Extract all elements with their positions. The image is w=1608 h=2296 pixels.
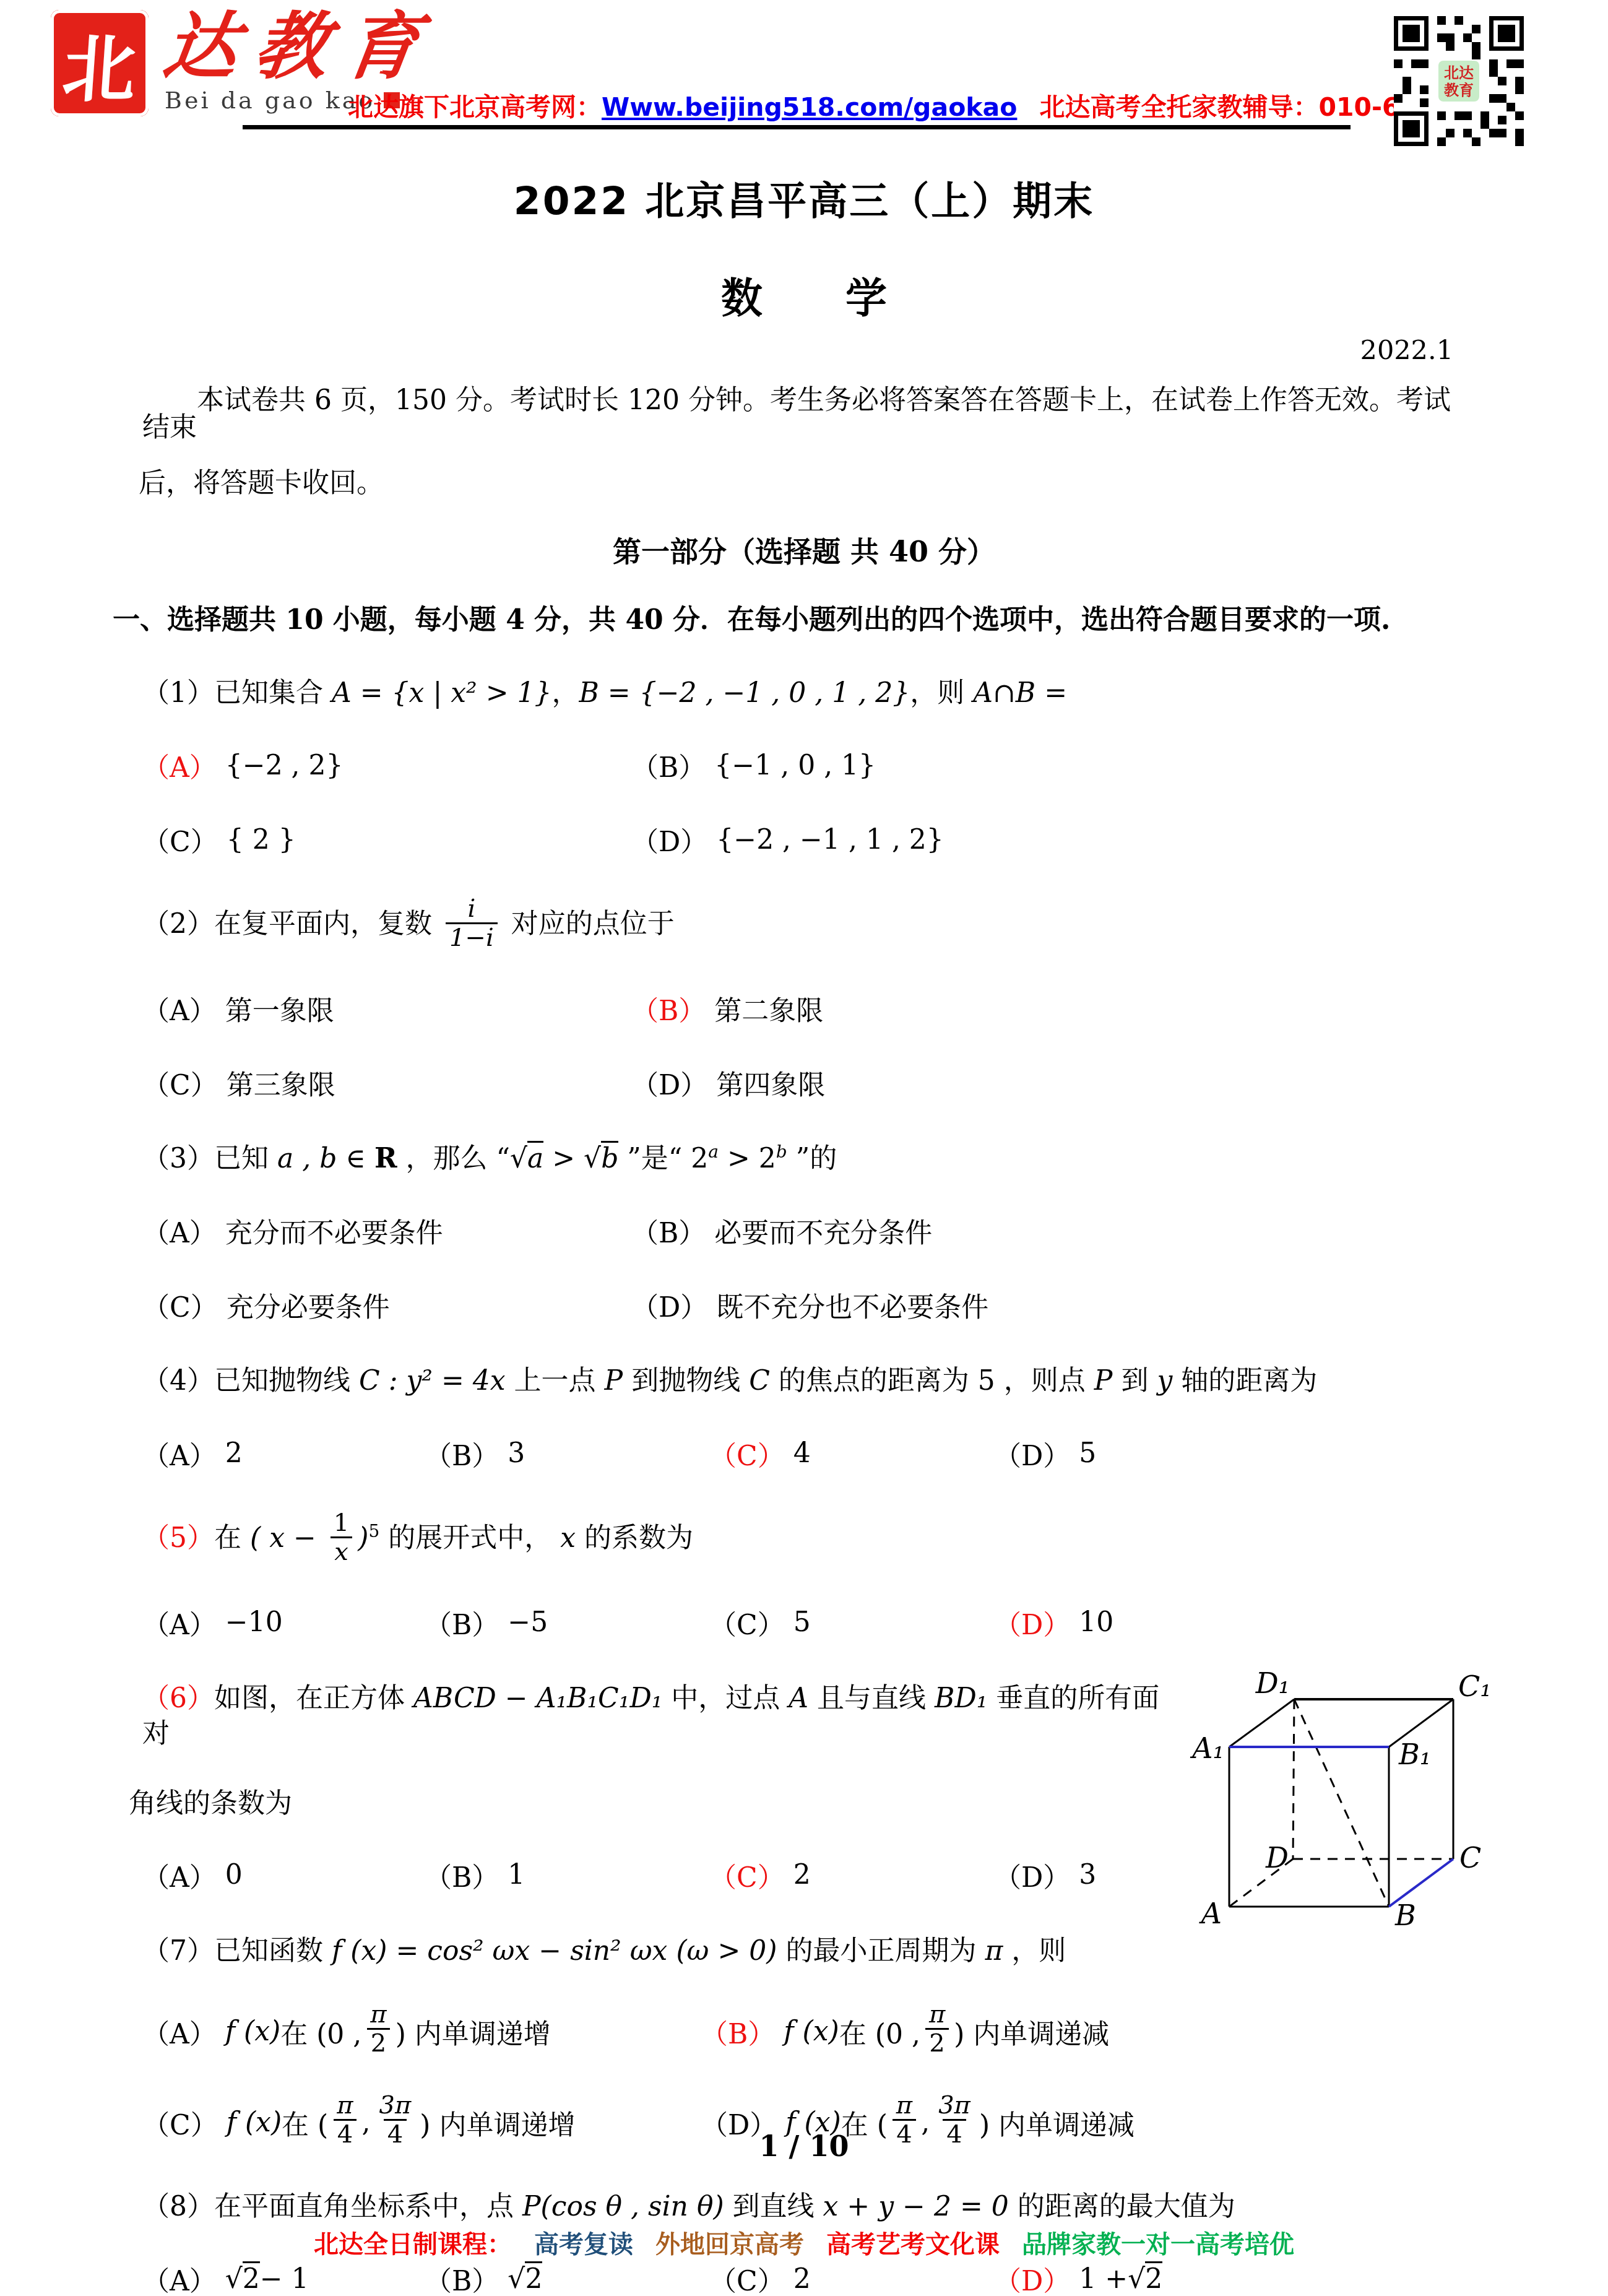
q1-option-c: （C）{ 2 }: [142, 820, 631, 859]
qr-code-image: 北达 教育: [1394, 16, 1524, 146]
cube-label-A: A: [1199, 1897, 1222, 1930]
q8-option-b: （B）√2: [425, 2259, 709, 2296]
question-8-stem: （8）在平面直角坐标系中，点 P(cos θ , sin θ) 到直线 x + …: [142, 2189, 1466, 2224]
logo-script-text: 达教育: [160, 10, 441, 83]
cube-label-C1: C₁: [1458, 1670, 1492, 1703]
qr-center-line2: 教育: [1444, 81, 1474, 99]
exam-body: 2022 北京昌平高三（上）期末 数 学 2022.1 本试卷共 6 页，150…: [142, 141, 1466, 2296]
part1-instruction: 一、选择题共 10 小题，每小题 4 分，共 40 分．在每小题列出的四个选项中…: [113, 597, 1466, 637]
q8d-sqrt: √2: [1128, 2263, 1162, 2295]
cube-label-D: D: [1265, 1841, 1289, 1874]
q1-text: 已知集合: [214, 677, 332, 709]
q3-number: （3）: [142, 1143, 214, 1174]
q2-option-d: （D）第四象限: [631, 1063, 825, 1103]
q5-fraction: 1x: [330, 1509, 353, 1566]
logo-seal: 北: [51, 10, 149, 116]
footer-seg-5: 品牌家教一对一高考培优: [1022, 2230, 1294, 2259]
q5-option-d: （D）10: [994, 1603, 1113, 1642]
q1-option-b: （B）{−1 , 0 , 1}: [631, 745, 876, 785]
q5-number: （5）: [142, 1522, 214, 1554]
question-3-options-row-1: （A）充分而不必要条件 （B）必要而不充分条件: [142, 1211, 1466, 1250]
header-rule: [243, 125, 1351, 129]
question-2-options-row-1: （A）第一象限 （B）第二象限: [142, 989, 1466, 1028]
question-1-options-row-1: （A）{−2 , 2} （B）{−1 , 0 , 1}: [142, 745, 1466, 785]
q6-number: （6）: [142, 1683, 214, 1714]
question-5-stem: （5）在 ( x − 1x)5 的展开式中， x 的系数为: [142, 1512, 1466, 1568]
footer-promo: 北达全日制课程：高考复读外地回京高考高考艺考文化课品牌家教一对一高考培优: [0, 2225, 1608, 2260]
cube-label-A1: A₁: [1190, 1731, 1224, 1765]
q6-option-b: （B）1: [425, 1855, 709, 1895]
tagline-label-1: 北达旗下北京高考网：: [348, 92, 602, 122]
cube-label-B1: B₁: [1398, 1738, 1431, 1771]
q3-option-a: （A）充分而不必要条件: [142, 1211, 631, 1250]
q8-option-c: （C）2: [709, 2259, 994, 2296]
footer-seg-2: 高考复读: [534, 2230, 633, 2259]
q5-option-c: （C）5: [709, 1603, 994, 1642]
q8a-sqrt: √2: [225, 2263, 260, 2295]
question-2-stem: （2）在复平面内，复数 i1−i 对应的点位于: [142, 898, 1466, 954]
gaokao-site-link[interactable]: Www.beijing518.com/gaokao: [602, 92, 1017, 122]
exam-subject: 数 学: [142, 266, 1466, 325]
q7a-fraction: π2: [366, 2001, 390, 2057]
page-number: 1 / 10: [0, 2129, 1608, 2163]
q4-number: （4）: [142, 1365, 214, 1397]
q2-fraction: i1−i: [446, 895, 498, 951]
question-4-options: （A）2 （B）3 （C）4 （D）5: [142, 1434, 1466, 1473]
question-6-stem: （6）如图，在正方体 ABCD − A₁B₁C₁D₁ 中，过点 A 且与直线 B…: [142, 1681, 1170, 1751]
q5-option-a: （A）−10: [142, 1603, 425, 1642]
question-1-options-row-2: （C）{ 2 } （D）{−2 , −1 , 1 , 2}: [142, 820, 1466, 859]
q4-option-a: （A）2: [142, 1434, 425, 1473]
exam-date: 2022.1: [142, 335, 1466, 366]
q3-sqrt-b: √b: [584, 1141, 618, 1174]
intro-line-2: 后，将答题卡收回。: [139, 470, 1466, 497]
q2-option-c: （C）第三象限: [142, 1063, 631, 1103]
q7-option-b: （B）f (x) 在 (0 , π2) 内单调递减: [701, 2003, 1109, 2060]
q3-option-c: （C）充分必要条件: [142, 1285, 631, 1325]
question-7-options-row-1: （A）f (x) 在 (0 , π2) 内单调递增 （B）f (x) 在 (0 …: [142, 2003, 1466, 2060]
question-3-stem: （3）已知 a , b ∈ R ，那么 “√a > √b ”是“ 2a > 2b…: [142, 1141, 1466, 1176]
q1-number: （1）: [142, 677, 214, 709]
q6-option-d: （D）3: [994, 1855, 1096, 1895]
cube-label-C: C: [1459, 1841, 1481, 1874]
q2-option-a: （A）第一象限: [142, 989, 631, 1028]
q4-option-b: （B）3: [425, 1434, 709, 1473]
exam-page: 北 达教育 Bei da gao kao 北达旗下北京高考网：Www.beiji…: [0, 0, 1608, 2296]
q2-option-b: （B）第二象限: [631, 989, 823, 1028]
cube-label-D1: D₁: [1255, 1666, 1290, 1700]
question-4-stem: （4）已知抛物线 C : y² = 4x 上一点 P 到抛物线 C 的焦点的距离…: [142, 1363, 1466, 1398]
q8-option-a: （A）√2 − 1: [142, 2259, 425, 2296]
qr-center-line1: 北达: [1444, 64, 1474, 82]
cube-figure: D₁ C₁ A₁ B₁ D C A B: [1186, 1637, 1525, 1985]
q8b-sqrt: √2: [508, 2263, 542, 2295]
q7-option-a: （A）f (x) 在 (0 , π2) 内单调递增: [142, 2003, 701, 2060]
q8-option-d: （D）1 + √2: [994, 2259, 1162, 2296]
q1-option-d: （D）{−2 , −1 , 1 , 2}: [631, 820, 944, 859]
qr-code: 北达 教育: [1394, 16, 1524, 146]
q1-option-a: （A）{−2 , 2}: [142, 745, 631, 785]
question-2-options-row-2: （C）第三象限 （D）第四象限: [142, 1063, 1466, 1103]
q4-option-d: （D）5: [994, 1434, 1096, 1473]
logo-subtitle-text: Bei da gao kao: [165, 87, 375, 114]
q3-sqrt-a: √a: [510, 1141, 543, 1174]
q3-option-d: （D）既不充分也不必要条件: [631, 1285, 988, 1325]
logo-seal-char: 北: [59, 11, 140, 116]
q7-number: （7）: [142, 1935, 214, 1967]
exam-title: 2022 北京昌平高三（上）期末: [142, 170, 1466, 226]
part1-heading: 第一部分（选择题 共 40 分）: [142, 529, 1466, 570]
footer-seg-3: 外地回京高考: [655, 2230, 804, 2259]
question-3-options-row-2: （C）充分必要条件 （D）既不充分也不必要条件: [142, 1285, 1466, 1325]
q3-option-b: （B）必要而不充分条件: [631, 1211, 932, 1250]
footer-seg-1: 北达全日制课程：: [314, 2230, 512, 2259]
intro-line-1: 本试卷共 6 页，150 分。考试时长 120 分钟。考生务必将答案答在答题卡上…: [142, 387, 1466, 441]
q7b-fraction: π2: [925, 2001, 949, 2057]
footer-seg-4: 高考艺考文化课: [826, 2230, 1000, 2259]
q4-option-c: （C）4: [709, 1434, 994, 1473]
header-tagline: 北达旗下北京高考网：Www.beijing518.com/gaokao北达高考全…: [348, 87, 1523, 123]
q5-option-b: （B）−5: [425, 1603, 709, 1642]
question-1-stem: （1）已知集合 A = {x | x² > 1}，B = {−2 , −1 , …: [142, 675, 1466, 711]
q6-option-c: （C）2: [709, 1855, 994, 1895]
q6-option-a: （A）0: [142, 1855, 425, 1895]
question-5-options: （A）−10 （B）−5 （C）5 （D）10: [142, 1603, 1466, 1642]
cube-label-B: B: [1394, 1899, 1416, 1932]
q8-number: （8）: [142, 2191, 214, 2222]
question-6: （6）如图，在正方体 ABCD − A₁B₁C₁D₁ 中，过点 A 且与直线 B…: [142, 1681, 1466, 1895]
question-8-options: （A）√2 − 1 （B）√2 （C）2 （D）1 + √2: [142, 2259, 1466, 2296]
q2-number: （2）: [142, 908, 214, 940]
q1-math: A = {x | x² > 1}: [332, 677, 552, 709]
